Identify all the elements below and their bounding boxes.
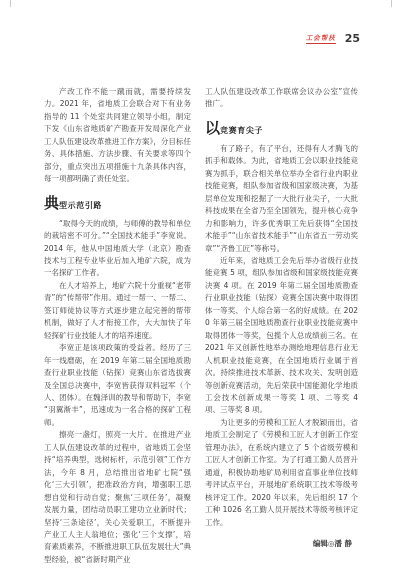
heading-initial: 以 — [205, 121, 220, 136]
paragraph-continuation: 工人队伍建设改革工作联席会议办公室”宣传推广。 — [205, 86, 358, 111]
crop-mark-left — [10, 0, 11, 7]
crop-mark-right — [391, 0, 392, 7]
article-body: 产改工作不能一蹴而就，需要持续发力。2021 年，省地质工会联合对下有业务指导的… — [44, 86, 358, 566]
section-heading-competition: 以竞赛育尖子 — [205, 121, 358, 136]
paragraph-competition-platform: 有了路子，有了平台，还得有人才腾飞的抓手和载体。为此，省地质工会以职业技能竞赛为… — [205, 143, 358, 255]
heading-rest: 型示范引路 — [59, 200, 102, 211]
paragraph-li-kuan: 李宽正是该项政策的受益者。经历了三年一线磨砺，在 2019 年第二届全国地质勘查… — [44, 342, 191, 429]
right-column: 工人队伍建设改革工作联席会议办公室”宣传推广。 以竞赛育尖子 有了路子，有了平台… — [205, 86, 358, 566]
paragraph-quote: “取得今天的成绩，与师傅的教导和单位的栽培密不可分。”“全国技术能手”李宽说。2… — [44, 218, 191, 280]
section-heading-demonstration: 典型示范引路 — [44, 196, 191, 211]
paragraph-competition-results: 近年来，省地质工会先后举办省级行业技能竞赛 5 项，组队参加省级和国家级技能竞赛… — [205, 255, 358, 417]
paragraph-mentoring: 在人才培养上，地矿六院十分重视“老带青”的“传帮带”作用。通过一帮一、一帮二、签… — [44, 280, 191, 342]
paragraph-model-experience: 擦亮一盏灯，照亮一大片。在推进产业工人队伍建设改革的过程中，省地质工会坚持“培养… — [44, 429, 191, 566]
magazine-page: 工会帮扶 25 产改工作不能一蹴而就，需要持续发力。2021 年，省地质工会联合… — [0, 0, 400, 571]
section-tag: 工会帮扶 — [306, 33, 336, 44]
paragraph-model-workers: 为让更多的劳模和工匠人才脱颖而出，省地质工会制定了《劳模和工匠人才创新工作室管理… — [205, 417, 358, 529]
editor-credit: 编辑◎潘 静 — [205, 538, 358, 550]
left-column: 产改工作不能一蹴而就，需要持续发力。2021 年，省地质工会联合对下有业务指导的… — [44, 86, 191, 566]
heading-rest: 竞赛育尖子 — [220, 125, 263, 136]
page-number: 25 — [345, 32, 360, 45]
heading-initial: 典 — [44, 196, 59, 211]
paragraph-intro: 产改工作不能一蹴而就，需要持续发力。2021 年，省地质工会联合对下有业务指导的… — [44, 86, 191, 186]
page-header: 工会帮扶 25 — [306, 32, 360, 45]
